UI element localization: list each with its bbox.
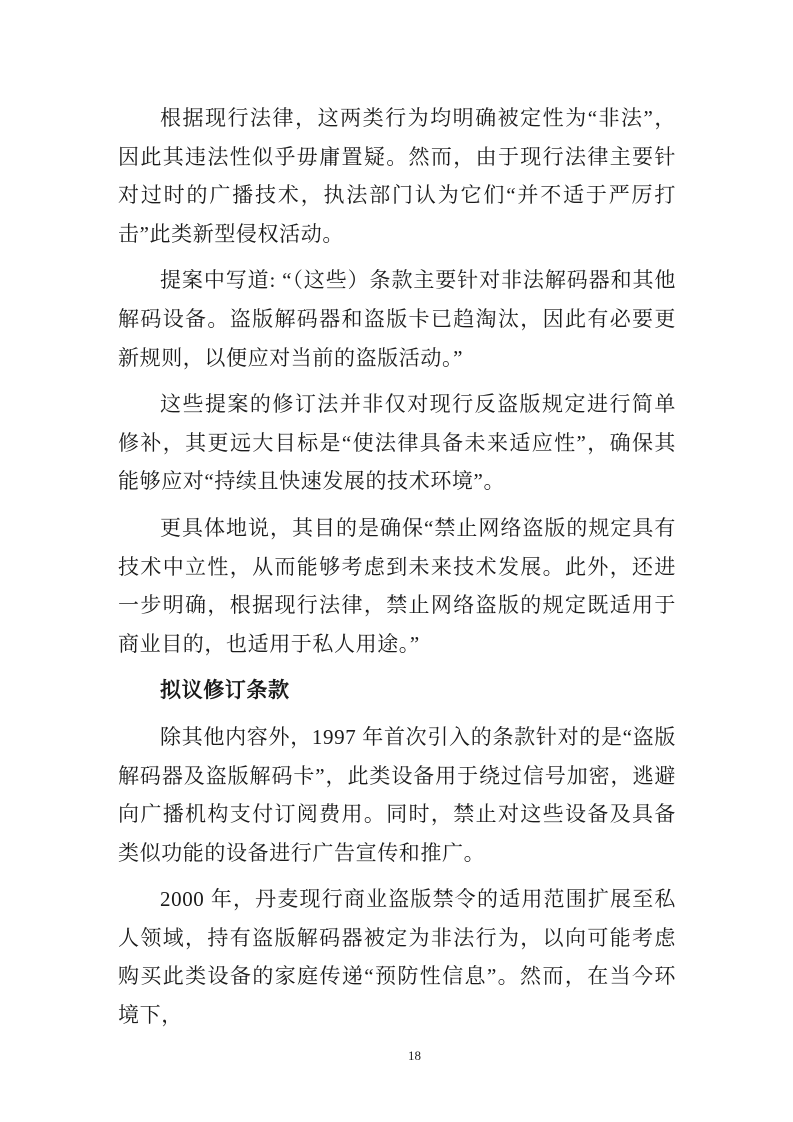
paragraph-revision-goal: 这些提案的修订法并非仅对现行反盗版规定进行简单修补，其更远大目标是“使法律具备未… bbox=[118, 385, 676, 501]
paragraph-1997-clause: 除其他内容外，1997 年首次引入的条款针对的是“盗版解码器及盗版解码卡”，此类… bbox=[118, 718, 676, 872]
paragraph-legal-status: 根据现行法律，这两类行为均明确被定性为“非法”，因此其违法性似乎毋庸置疑。然而，… bbox=[118, 99, 676, 253]
document-page: 根据现行法律，这两类行为均明确被定性为“非法”，因此其违法性似乎毋庸置疑。然而，… bbox=[0, 0, 793, 1122]
paragraph-tech-neutrality: 更具体地说，其目的是确保“禁止网络盗版的规定具有技术中立性，从而能够考虑到未来技… bbox=[118, 509, 676, 663]
paragraph-2000-extension: 2000 年，丹麦现行商业盗版禁令的适用范围扩展至私人领域，持有盗版解码器被定为… bbox=[118, 880, 676, 1034]
page-content: 根据现行法律，这两类行为均明确被定性为“非法”，因此其违法性似乎毋庸置疑。然而，… bbox=[118, 99, 676, 1043]
page-number: 18 bbox=[18, 1048, 793, 1064]
section-heading: 拟议修订条款 bbox=[118, 671, 676, 710]
paragraph-proposal-quote: 提案中写道: “（这些）条款主要针对非法解码器和其他解码设备。盗版解码器和盗版卡… bbox=[118, 261, 676, 377]
